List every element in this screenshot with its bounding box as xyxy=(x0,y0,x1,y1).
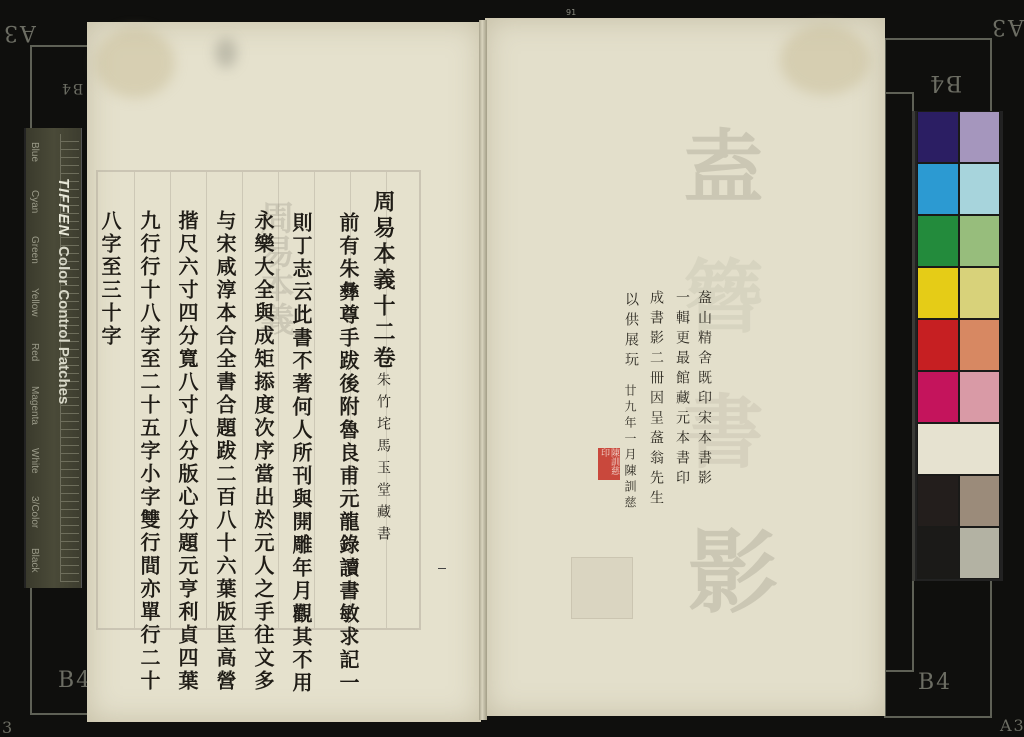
text-column-7: 九行行十八字至二十五字小字雙行間亦單行二十 xyxy=(139,210,159,693)
collector-note: 朱竹垞馬玉堂藏書 xyxy=(375,372,391,548)
tiffen-title: Color Control Patches xyxy=(55,246,72,404)
ghost-title-1: 盍 xyxy=(660,125,775,205)
stain xyxy=(95,28,175,98)
patch-cyan xyxy=(917,163,959,215)
tiffen-brand: TIFFEN xyxy=(55,178,72,237)
rule-line xyxy=(134,172,135,628)
patch-brown xyxy=(959,475,1000,527)
mat-label: 3 xyxy=(2,718,14,737)
color-name-magenta: Magenta xyxy=(29,386,40,425)
patch-light-cyan xyxy=(959,163,1000,215)
mat-label: A3 xyxy=(1000,716,1024,735)
patch-red xyxy=(917,319,959,371)
color-name-cyan: Cyan xyxy=(29,190,40,213)
stain xyxy=(780,25,870,95)
rule-line xyxy=(242,172,243,628)
ghost-title-4: 影 xyxy=(660,525,790,615)
mat-label: B4 xyxy=(928,70,962,95)
patch-white xyxy=(917,423,1000,475)
color-name-red: Red xyxy=(29,343,40,361)
text-column-3: 則丁志云此書不著何人所刊與開雕年月觀其不用 xyxy=(291,212,311,695)
text-column-4: 永樂大全與成矩掭度次序當出於元人之手往文多 xyxy=(253,210,273,693)
color-name-black: Black xyxy=(29,548,40,572)
color-name-green: Green xyxy=(29,236,40,264)
color-name-3color: 3/Color xyxy=(29,496,40,528)
inscription-line-3: 成書影二冊因呈盋翁先生 xyxy=(649,290,663,510)
column-text: 周易本義十二卷 xyxy=(370,190,396,372)
patch-green xyxy=(917,215,959,267)
color-name-yellow: Yellow xyxy=(29,288,40,317)
text-column-5: 与宋咸淳本合全書合題跋二百八十六葉版匡高營 xyxy=(215,210,235,693)
page-mark xyxy=(438,568,446,569)
text-column-8: 八字至三十字 xyxy=(100,210,120,348)
tiffen-color-strip: TIFFEN Color Control Patches Blue Cyan G… xyxy=(24,128,82,588)
color-checker xyxy=(912,111,1003,581)
red-seal: 陳訓慈印 xyxy=(598,448,620,480)
inscription-signature: 廿九年一月陳訓慈 xyxy=(624,384,636,512)
ghost-seal xyxy=(571,557,633,619)
patch-light-green xyxy=(959,215,1000,267)
inscription-line-4: 以供展玩 xyxy=(624,292,638,372)
text-column-1: 周易本義十二卷朱竹垞馬玉堂藏書 xyxy=(372,190,394,548)
stain xyxy=(215,38,237,68)
patch-yellow xyxy=(917,267,959,319)
patch-light-yellow xyxy=(959,267,1000,319)
patch-lavender xyxy=(959,111,1000,163)
mat-label: B4 xyxy=(918,670,952,695)
inscription-line-1: 盋山精舍既印宋本書影 xyxy=(697,290,711,490)
mat-label: B4 xyxy=(60,80,83,96)
rule-line xyxy=(314,172,315,628)
patch-black-1 xyxy=(917,475,959,527)
inscription-line-2: 一輯更最館藏元本書印 xyxy=(675,290,689,490)
book-gutter xyxy=(479,20,487,720)
rule-line xyxy=(206,172,207,628)
text-column-6: 揩尺六寸四分寬八寸八分版心分題元亨利貞四葉 xyxy=(177,210,197,693)
rule-line xyxy=(170,172,171,628)
patch-magenta xyxy=(917,371,959,423)
patch-orange xyxy=(959,319,1000,371)
patch-pink xyxy=(959,371,1000,423)
mat-frame-right-inner xyxy=(884,92,914,672)
mat-label: A3 xyxy=(990,14,1024,39)
text-column-2: 前有朱彝尊手跋後附魯良甫元龍錄讀書敏求記一 xyxy=(338,212,358,695)
patch-blue xyxy=(917,111,959,163)
mat-label: A3 xyxy=(2,20,36,45)
patch-gray xyxy=(959,527,1000,579)
patch-black-2 xyxy=(917,527,959,579)
ruler-number: 91 xyxy=(566,8,576,17)
color-name-white: White xyxy=(29,448,40,474)
color-name-blue: Blue xyxy=(29,142,40,162)
